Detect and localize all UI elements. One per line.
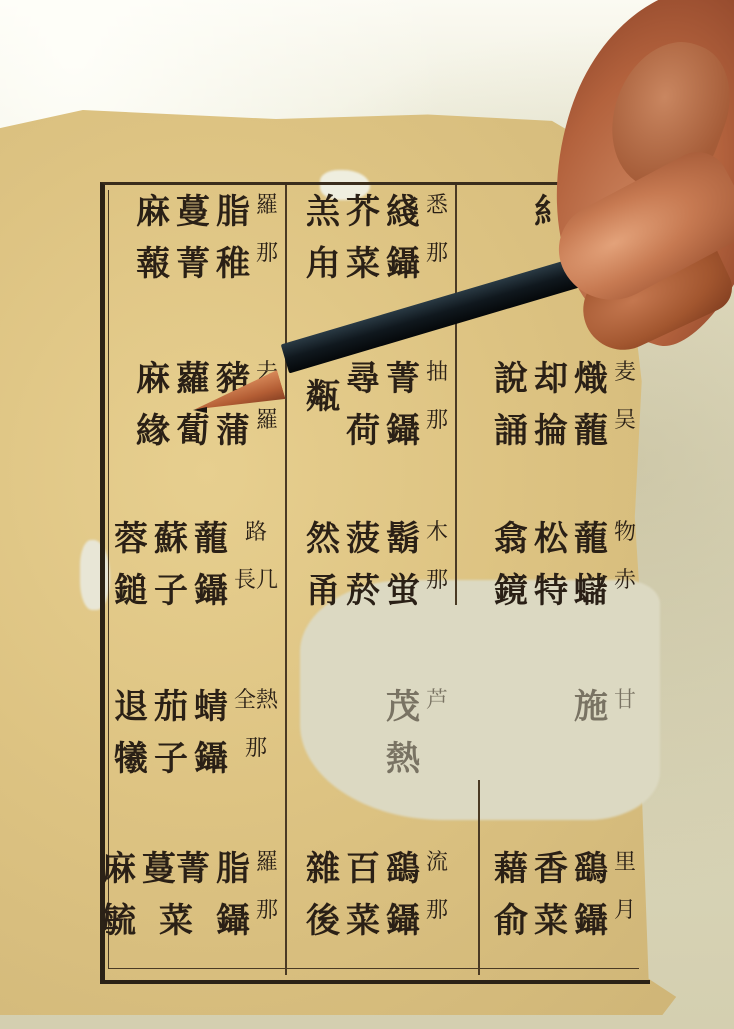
glyph-column: 蘇子 <box>154 522 188 626</box>
glyph-column: 鬍蛍 <box>386 522 420 626</box>
glyph: 羅 <box>256 410 278 432</box>
glyph: 那 <box>426 900 448 922</box>
glyph: 流 <box>426 852 448 874</box>
glyph-column: 香菜 <box>534 852 568 956</box>
glyph: 甬 <box>306 574 340 608</box>
glyph-column: 鷂鑷 <box>574 852 608 956</box>
glossary-entry: 全熱那蜻鑷茄子退犧 <box>114 690 278 794</box>
glossary-entry: 甘施 <box>574 690 636 764</box>
phonetic-gloss: 羅那 <box>256 852 278 948</box>
glyph: 蜻 <box>194 690 228 724</box>
glyph: 犧 <box>114 742 148 776</box>
column-divider <box>455 185 457 605</box>
glyph-column: 却掄 <box>534 362 568 466</box>
glyph: 綫 <box>386 195 420 229</box>
glyph: 鷂 <box>574 852 608 886</box>
glyph: 蓉 <box>114 522 148 556</box>
glyph-column: 藉俞 <box>494 852 528 956</box>
glyph: 鑷 <box>574 904 608 938</box>
glyph: 荷 <box>346 414 380 448</box>
glyph: 蕔 <box>136 247 170 281</box>
glyph: 那 <box>426 570 448 592</box>
glyph: 蔓菁 <box>142 852 210 886</box>
phonetic-gloss: 甘 <box>614 690 636 764</box>
glyph: 鑷 <box>386 247 420 281</box>
glyph: 菜 <box>346 904 380 938</box>
glossary-entry: 悉那綫鑷芥菜羔甪 <box>306 195 448 299</box>
glyph: 然 <box>306 522 340 556</box>
glyph: 菜 <box>346 247 380 281</box>
glyph: 抽 <box>426 362 448 384</box>
glyph-column: 蘢蠩 <box>574 522 608 626</box>
glyph-column: 菁鑷 <box>386 362 420 466</box>
glyph-column: 羔甪 <box>306 195 340 299</box>
glyph: 鑷 <box>194 742 228 776</box>
glyph-column: 蘢鑷 <box>194 522 228 626</box>
glyph: 鬍 <box>386 522 420 556</box>
glyph: 翕 <box>494 522 528 556</box>
glyph: 蘢 <box>194 522 228 556</box>
glyph-column: 芥菜 <box>346 195 380 299</box>
glyph: 香 <box>534 852 568 886</box>
glyph: 那 <box>426 243 448 265</box>
glyph-column: 茂熱 <box>386 690 420 794</box>
glyph-column: 脂稚 <box>216 195 250 299</box>
glyph: 全熱 <box>234 690 278 712</box>
glyph: 月 <box>614 900 636 922</box>
glyph: 甘 <box>614 690 636 712</box>
glyph: 羅 <box>256 195 278 217</box>
glyph: 菸 <box>346 574 380 608</box>
glyph: 菜 <box>534 904 568 938</box>
glyph-column: 脂鑷 <box>216 852 250 956</box>
glyph: 蘇 <box>154 522 188 556</box>
glyph: 鑷 <box>386 904 420 938</box>
glyph: 茂 <box>386 690 420 724</box>
glyph: 那 <box>256 900 278 922</box>
glyph: 木 <box>426 522 448 544</box>
glyph: 鑷 <box>386 414 420 448</box>
glyph: 長几 <box>234 570 278 592</box>
glyph: 蘢 <box>574 522 608 556</box>
glyph: 麻 <box>136 195 170 229</box>
glyph: 麻 <box>136 362 170 396</box>
phonetic-gloss: 流那 <box>426 852 448 948</box>
glyph-column: 熾蘢 <box>574 362 608 466</box>
phonetic-gloss: 路長几 <box>234 522 278 618</box>
column-divider <box>285 185 287 975</box>
glyph: 赤 <box>614 570 636 592</box>
glyph-column: 施 <box>574 690 608 760</box>
glyph: 鎚 <box>114 574 148 608</box>
glyph-column: 蘿蔔 <box>176 362 210 466</box>
glyph: 芥 <box>346 195 380 229</box>
glossary-entry: 里月鷂鑷香菜藉俞 <box>494 852 636 956</box>
glyph: 悉 <box>426 195 448 217</box>
glyph: 甪 <box>306 247 340 281</box>
glossary-entry: 路長几蘢鑷蘇子蓉鎚 <box>114 522 278 626</box>
glyph: 鑷 <box>216 904 250 938</box>
glyph: 松 <box>534 522 568 556</box>
glyph: 蘿 <box>176 362 210 396</box>
glyph: 說 <box>494 362 528 396</box>
glyph-column: 菠菸 <box>346 522 380 626</box>
glyph: 菁 <box>386 362 420 396</box>
glossary-entry: 麦吴熾蘢却掄說誦 <box>494 362 636 466</box>
glyph: 蛍 <box>386 574 420 608</box>
glyph: 熱 <box>386 742 420 776</box>
glyph: 藉 <box>494 852 528 886</box>
glyph-column: 蓉鎚 <box>114 522 148 626</box>
glyph: 麻 <box>102 852 136 886</box>
glyph: 麦 <box>614 362 636 384</box>
glyph-column: 退犧 <box>114 690 148 794</box>
glyph: 子 <box>154 742 188 776</box>
glyph-column: 蔓菁 <box>176 195 210 299</box>
glyph: 芦 <box>426 690 448 712</box>
glyph: 毓 <box>102 904 136 938</box>
phonetic-gloss: 悉那 <box>426 195 448 291</box>
glyph: 羔 <box>306 195 340 229</box>
glyph-column: 說誦 <box>494 362 528 466</box>
glyph-column: 綫鑷 <box>386 195 420 299</box>
glyph: 菜 <box>159 904 193 938</box>
glyph: 脂 <box>216 852 250 886</box>
glyph: 蔓 <box>176 195 210 229</box>
glyph: 尋 <box>346 362 380 396</box>
glossary-entry: 羅那脂鑷蔓菁菜麻毓 <box>102 852 278 956</box>
phonetic-gloss: 物赤 <box>614 522 636 618</box>
glyph: 甐 <box>306 380 340 414</box>
glyph-column: 蔓菁菜 <box>142 852 210 956</box>
glyph: 那 <box>245 738 267 760</box>
glyph-column: 然甬 <box>306 522 340 626</box>
glyph: 蒲 <box>216 414 250 448</box>
glyph: 吴 <box>614 410 636 432</box>
glyph: 鷂 <box>386 852 420 886</box>
glyph-column: 麻毓 <box>102 852 136 956</box>
glyph: 後 <box>306 904 340 938</box>
phonetic-gloss: 木那 <box>426 522 448 618</box>
glyph: 蠩 <box>574 574 608 608</box>
glyph: 施 <box>574 690 608 724</box>
glyph: 俞 <box>494 904 528 938</box>
phonetic-gloss: 全熱那 <box>234 690 278 786</box>
phonetic-gloss: 抽那 <box>426 362 448 458</box>
glyph: 物 <box>614 522 636 544</box>
glyph-column: 松特 <box>534 522 568 626</box>
glyph-column: 甐 <box>306 362 340 432</box>
glyph: 茄 <box>154 690 188 724</box>
glyph-column: 翕鏡 <box>494 522 528 626</box>
glyph: 誦 <box>494 414 528 448</box>
glyph: 羅 <box>256 852 278 874</box>
column-divider <box>478 780 480 975</box>
glyph-column: 麻蕔 <box>136 195 170 299</box>
glyph: 鑷 <box>194 574 228 608</box>
glyph: 路 <box>245 522 267 544</box>
glyph-column: 百菜 <box>346 852 380 956</box>
glyph: 稚 <box>216 247 250 281</box>
glyph: 雜 <box>306 852 340 886</box>
glyph: 菁 <box>176 247 210 281</box>
glyph: 那 <box>256 243 278 265</box>
glyph: 菠 <box>346 522 380 556</box>
glyph-column: 豬蒲 <box>216 362 250 466</box>
glyph-column: 麻緣 <box>136 362 170 466</box>
glyph: 百 <box>346 852 380 886</box>
glyph: 脂 <box>216 195 250 229</box>
glyph: 掄 <box>534 414 568 448</box>
glyph: 里 <box>614 852 636 874</box>
glossary-entry: 物赤蘢蠩松特翕鏡 <box>494 522 636 626</box>
glyph: 特 <box>534 574 568 608</box>
glossary-entry: 木那鬍蛍菠菸然甬 <box>306 522 448 626</box>
glossary-entry: 羅那脂稚蔓菁麻蕔 <box>136 195 278 299</box>
glyph: 緣 <box>136 414 170 448</box>
phonetic-gloss: 芦 <box>426 690 448 764</box>
glyph: 鏡 <box>494 574 528 608</box>
glyph: 蔔 <box>176 414 210 448</box>
phonetic-gloss: 里月 <box>614 852 636 948</box>
phonetic-gloss: 麦吴 <box>614 362 636 458</box>
glyph-column: 茄子 <box>154 690 188 794</box>
glyph-column: 鷂鑷 <box>386 852 420 956</box>
glyph-column: 蜻鑷 <box>194 690 228 794</box>
phonetic-gloss: 羅那 <box>256 195 278 291</box>
glyph-column: 尋荷 <box>346 362 380 466</box>
glyph: 熾 <box>574 362 608 396</box>
glyph: 却 <box>534 362 568 396</box>
glyph: 蘢 <box>574 414 608 448</box>
glossary-entry: 芦茂熱 <box>386 690 448 794</box>
glyph-column: 雜後 <box>306 852 340 956</box>
glossary-entry: 去羅豬蒲蘿蔔麻緣 <box>136 362 278 466</box>
glyph: 子 <box>154 574 188 608</box>
glyph: 退 <box>114 690 148 724</box>
glossary-entry: 流那鷂鑷百菜雜後 <box>306 852 448 956</box>
glyph: 那 <box>426 410 448 432</box>
glossary-entry: 抽那菁鑷尋荷甐 <box>306 362 448 466</box>
